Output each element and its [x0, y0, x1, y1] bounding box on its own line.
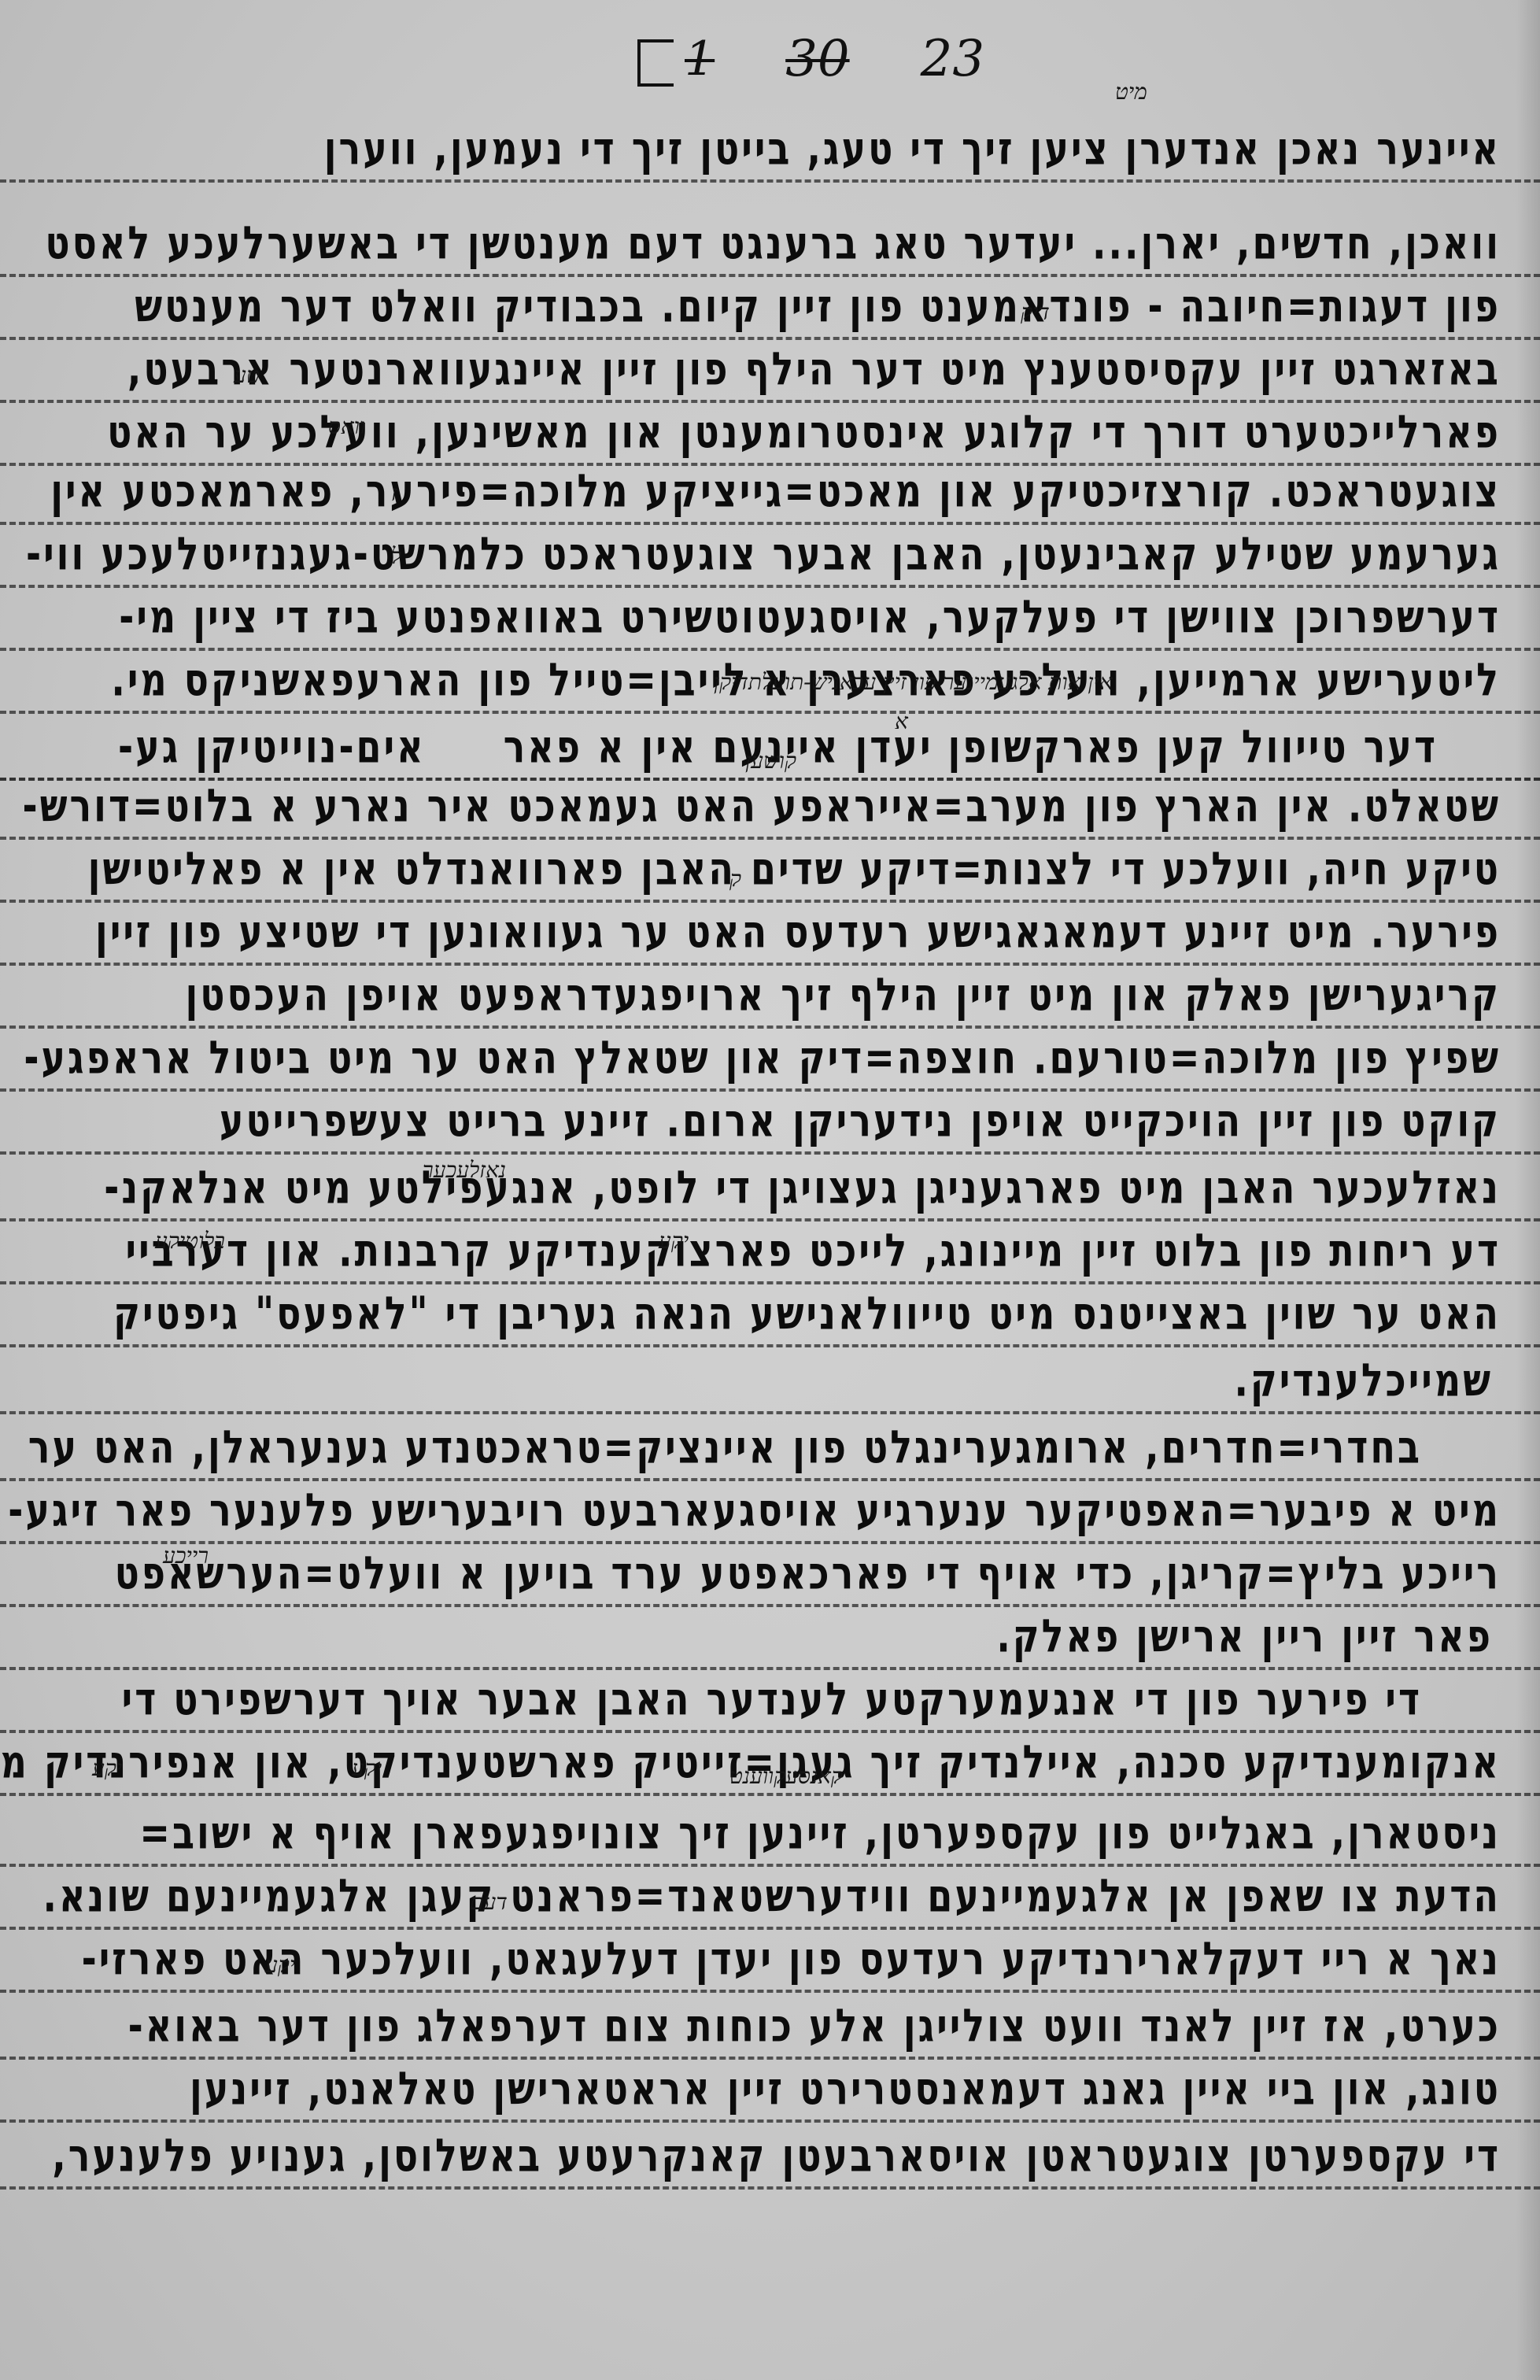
text-line: דערשפרוכן צווישן די פעלקער, אויסגעטוטשיר… [0, 586, 1540, 651]
typed-text: צוגעטראכט. קורצזיכטיקע און מאכט=גייציקע … [50, 464, 1501, 518]
handwritten-annotation: בלוטיקע [155, 1228, 225, 1255]
typed-text: דערשפרוכן צווישן די פעלקער, אויסגעטוטשיר… [119, 590, 1501, 644]
ruled-line [0, 1151, 1540, 1155]
typed-text: רייכע בליץ=קריגן, כדי אויף די פארכאפטע ע… [115, 1547, 1501, 1600]
typed-text: מיט א פיבער=האפטיקער ענערגיע אויסגעארבעט… [8, 1484, 1501, 1537]
text-line: שמייכלענדיק. [0, 1350, 1540, 1414]
typed-text: פון דעגות=חיובה - פונדאמענט פון זיין קיו… [135, 279, 1501, 333]
ruled-line [0, 1411, 1540, 1414]
handwritten-annotation: מיט [1115, 79, 1147, 105]
text-line: צוגעטראכט. קורצזיכטיקע און מאכט=גייציקע … [0, 460, 1540, 525]
typed-text: טיקע חיה, וועלכע די לצנות=דיקע שדים האבן… [88, 842, 1501, 896]
document-page: 1 30 23 איינער נאכן אנדערן ציען זיך די ט… [0, 0, 1540, 2380]
handwritten-annotation: רייכע [163, 1543, 209, 1569]
text-line: כערט, אז זיין לאנד וועט צולייגן אלע כוחו… [0, 1995, 1540, 2060]
typed-text: בחדרי=חדרים, ארומגערינגלט פון איינציק=טר… [28, 1421, 1422, 1474]
handwritten-annotation: יקע [92, 1755, 122, 1782]
typed-text: אים-נוייטיקן גע- [118, 720, 426, 774]
text-line: פון דעגות=חיובה - פונדאמענט פון זיין קיו… [0, 275, 1540, 340]
typed-text: די עקספערטן צוגעטראטן אויסארבעטן קאנקרעט… [52, 2129, 1501, 2182]
typed-text: פירער. מיט זיינע דעמאגאגישע רעדעס האט ער… [95, 905, 1501, 959]
typed-text: שמייכלענדיק. [1234, 1354, 1493, 1407]
typed-text: פארלייכטערט דורך די קלוגע אינסטרומענטן א… [107, 405, 1501, 459]
typed-text: האט ער שוין באצייטנס מיט טייוולאנישע הנא… [113, 1287, 1501, 1340]
typed-text: שטאלט. אין הארץ פון מערב=אייראפע האט געמ… [23, 779, 1501, 833]
typed-text: טונג, און ביי איין גאנג דעמאנסטרירט זיין… [190, 2062, 1501, 2116]
handwritten-annotation: ק [729, 866, 741, 893]
ruled-line [0, 2119, 1540, 2123]
handwritten-annotation: טע [234, 362, 260, 389]
ruled-line [0, 1990, 1540, 1993]
text-line: שטאלט. אין הארץ פון מערב=אייראפע האט געמ… [0, 775, 1540, 840]
handwritten-annotation: אין אות אלגעמיינער פון זיין עכאניש-תועלת… [714, 669, 1113, 696]
typed-text: די פירער פון די אנגעמערקטע לענדער האבן א… [122, 1672, 1422, 1726]
text-line: גערעמע שטילע קאבינעטן, האבן אבער צוגעטרא… [0, 523, 1540, 588]
typed-text: פאר זיין ריין ארישן פאלק. [996, 1609, 1493, 1663]
text-line: וואכן, חדשים, יארן... יעדער טאג ברענגט ד… [0, 213, 1540, 277]
typed-text: איינער נאכן אנדערן ציען זיך די טעג, בייט… [324, 122, 1501, 176]
text-line: האט ער שוין באצייטנס מיט טייוולאנישע הנא… [0, 1283, 1540, 1347]
text-line: קריגערישן פאלק און מיט זיין הילף זיך ארו… [0, 964, 1540, 1029]
ruled-line [0, 2186, 1540, 2190]
text-line: איינער נאכן אנדערן ציען זיך די טעג, בייט… [0, 118, 1540, 183]
text-line: הדעת צו שאפן אן אלגעמיינעם ווידערשטאנד=פ… [0, 1865, 1540, 1930]
page-edge-shadow [1516, 0, 1540, 2380]
text-line: פאר זיין ריין ארישן פאלק. [0, 1606, 1540, 1670]
typed-text: שפיץ פון מלוכה=טורעם. חוצפה=דיק און שטאל… [24, 1031, 1501, 1085]
text-line: ניסטארן, באגלייט פון עקספערטן, זיינען זי… [0, 1802, 1540, 1867]
text-line: די פירער פון די אנגעמערקטע לענדער האבן א… [0, 1669, 1540, 1733]
text-line: נאך א ריי דעקלארירנדיקע רעדעס פון יעדן ד… [0, 1928, 1540, 1993]
text-line: דע ריחות פון בלוט זיין מיינונג, לייכט פא… [0, 1220, 1540, 1284]
handwritten-annotation: דעם [470, 1889, 508, 1916]
ruled-line [0, 711, 1540, 714]
typed-text: הדעת צו שאפן אן אלגעמיינעם ווידערשטאנד=פ… [42, 1869, 1501, 1923]
handwritten-annotation: א [895, 708, 908, 735]
text-line: מיט א פיבער=האפטיקער ענערגיע אויסגעארבעט… [0, 1480, 1540, 1544]
text-line: באזארגט זיין עקסיסטענץ מיט דער הילף פון … [0, 338, 1540, 403]
text-line: שפיץ פון מלוכה=טורעם. חוצפה=דיק און שטאל… [0, 1027, 1540, 1092]
typed-text: דע ריחות פון בלוט זיין מיינונג, לייכט פא… [126, 1224, 1501, 1277]
text-line: נאזלעכער האבן מיט פארגעניגן געצויגן די ל… [0, 1157, 1540, 1221]
handwritten-annotation: ז [391, 480, 397, 507]
typed-text: נאזלעכער האבן מיט פארגעניגן געצויגן די ל… [104, 1161, 1501, 1214]
text-line: קוקט פון זיין הויכקייט אויפן נידעריקן אר… [0, 1090, 1540, 1155]
handwritten-annotation: נאזלעכער [423, 1157, 506, 1184]
text-line: טונג, און ביי איין גאנג דעמאנסטרירט זיין… [0, 2058, 1540, 2123]
text-line: פארלייכטערט דורך די קלוגע אינסטרומענטן א… [0, 401, 1540, 466]
handwritten-annotation: יקע [659, 1228, 689, 1255]
handwritten-annotation: דיק [1021, 299, 1050, 326]
text-line: רייכע בליץ=קריגן, כדי אויף די פארכאפטע ע… [0, 1543, 1540, 1607]
handwritten-annotation: וואס [328, 413, 365, 440]
typed-text: ניסטארן, באגלייט פון עקספערטן, זיינען זי… [139, 1806, 1501, 1860]
typed-text: באזארגט זיין עקסיסטענץ מיט דער הילף פון … [127, 342, 1501, 396]
typed-text: קריגערישן פאלק און מיט זיין הילף זיך ארו… [185, 968, 1501, 1022]
ruled-line [0, 1793, 1540, 1796]
ruled-line [0, 179, 1540, 183]
typewritten-text: איינער נאכן אנדערן ציען זיך די טעג, בייט… [0, 0, 1540, 2380]
text-line: טיקע חיה, וועלכע די לצנות=דיקע שדים האבן… [0, 838, 1540, 903]
text-line: בחדרי=חדרים, ארומגערינגלט פון איינציק=טר… [0, 1417, 1540, 1481]
typed-text: גערעמע שטילע קאבינעטן, האבן אבער צוגעטרא… [26, 527, 1501, 581]
handwritten-annotation: קאנסעקווענט [729, 1763, 843, 1790]
typed-text: כערט, אז זיין לאנד וועט צולייגן אלע כוחו… [128, 1999, 1501, 2053]
typed-text: וואכן, חדשים, יארן... יעדער טאג ברענגט ד… [45, 216, 1501, 270]
typed-text: קוקט פון זיין הויכקייט אויפן נידעריקן אר… [220, 1094, 1501, 1147]
handwritten-annotation: יקע [352, 1755, 382, 1782]
ruled-line [0, 1344, 1540, 1347]
text-line: פירער. מיט זיינע דעמאגאגישע רעדעס האט ער… [0, 901, 1540, 966]
text-line: די עקספערטן צוגעטראטן אויסארבעטן קאנקרעט… [0, 2125, 1540, 2190]
handwritten-annotation: קושען [745, 748, 796, 774]
handwritten-annotation: יקע [265, 1952, 295, 1979]
handwritten-annotation: ל [391, 543, 401, 570]
